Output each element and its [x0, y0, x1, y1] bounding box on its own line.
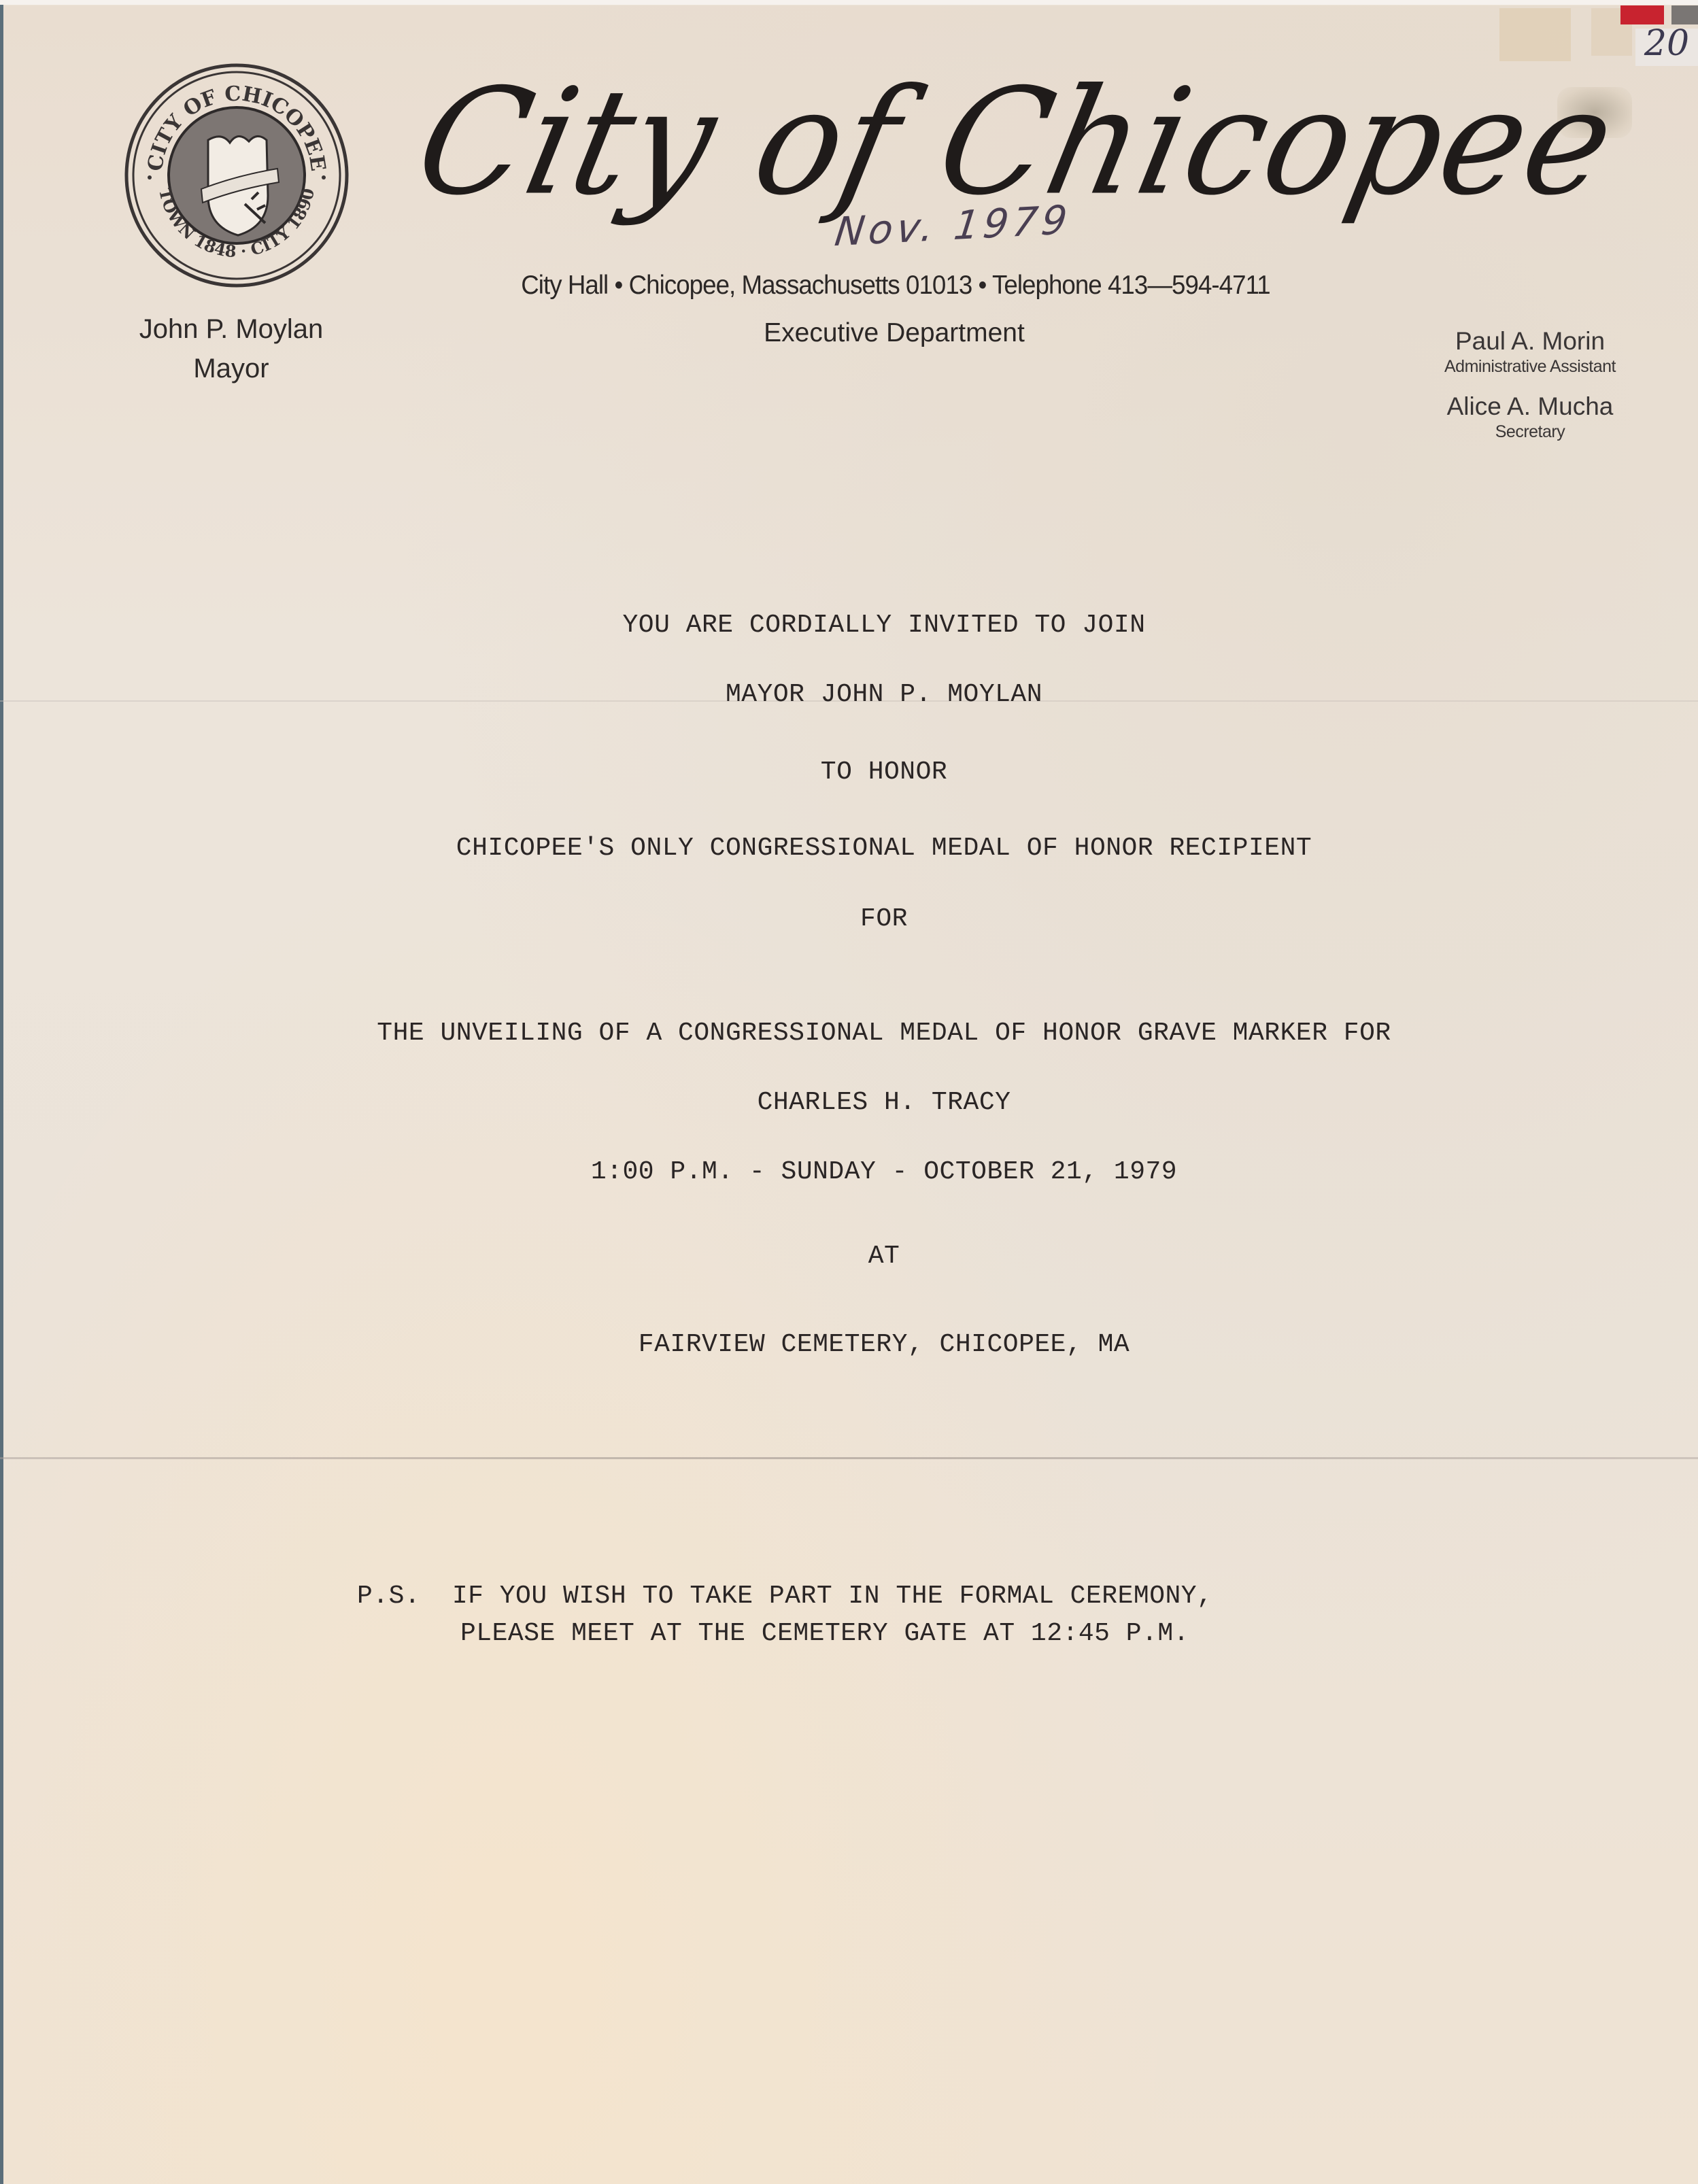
staff-title: Secretary: [1374, 422, 1686, 442]
letterhead-department: Executive Department: [612, 318, 1176, 348]
invitation-line: TO HONOR: [0, 757, 1698, 787]
invitation-line: YOU ARE CORDIALLY INVITED TO JOIN: [0, 611, 1698, 640]
event-location: FAIRVIEW CEMETERY, CHICOPEE, MA: [0, 1330, 1698, 1359]
letterhead-address: City Hall • Chicopee, Massachusetts 0101…: [445, 271, 1346, 301]
invitation-line: CHICOPEE'S ONLY CONGRESSIONAL MEDAL OF H…: [0, 834, 1698, 863]
invitation-line: MAYOR JOHN P. MOYLAN: [0, 680, 1698, 709]
paper-stain: [1499, 8, 1571, 61]
mayor-title: Mayor: [88, 349, 374, 388]
archive-tab-gray: [1671, 5, 1698, 24]
mayor-block: John P. Moylan Mayor: [88, 309, 374, 388]
staff-name: Paul A. Morin: [1374, 326, 1686, 356]
invitation-line: THE UNVEILING OF A CONGRESSIONAL MEDAL O…: [0, 1019, 1698, 1048]
archive-tab-red: [1620, 5, 1664, 24]
staff-title: Administrative Assistant: [1374, 356, 1686, 377]
archive-page-number: 20: [1635, 23, 1698, 64]
city-seal-icon: CITY OF CHICOPEE TOWN 1848 · CITY 1890: [121, 60, 352, 291]
fold-crease-lower: [0, 1457, 1698, 1459]
scan-edge-top: [0, 0, 1698, 5]
postscript-line-2: PLEASE MEET AT THE CEMETERY GATE AT 12:4…: [460, 1619, 1189, 1648]
invitation-line: FOR: [0, 904, 1698, 934]
staff-name: Alice A. Mucha: [1374, 392, 1686, 422]
invitation-line: AT: [0, 1242, 1698, 1271]
postscript-line-1: P.S. IF YOU WISH TO TAKE PART IN THE FOR…: [357, 1582, 1212, 1611]
postscript-label: P.S.: [357, 1582, 420, 1611]
event-datetime: 1:00 P.M. - SUNDAY - OCTOBER 21, 1979: [0, 1157, 1698, 1187]
honoree-name: CHARLES H. TRACY: [0, 1088, 1698, 1117]
staff-block: Paul A. Morin Administrative Assistant A…: [1374, 326, 1686, 442]
mayor-name: John P. Moylan: [88, 309, 374, 349]
